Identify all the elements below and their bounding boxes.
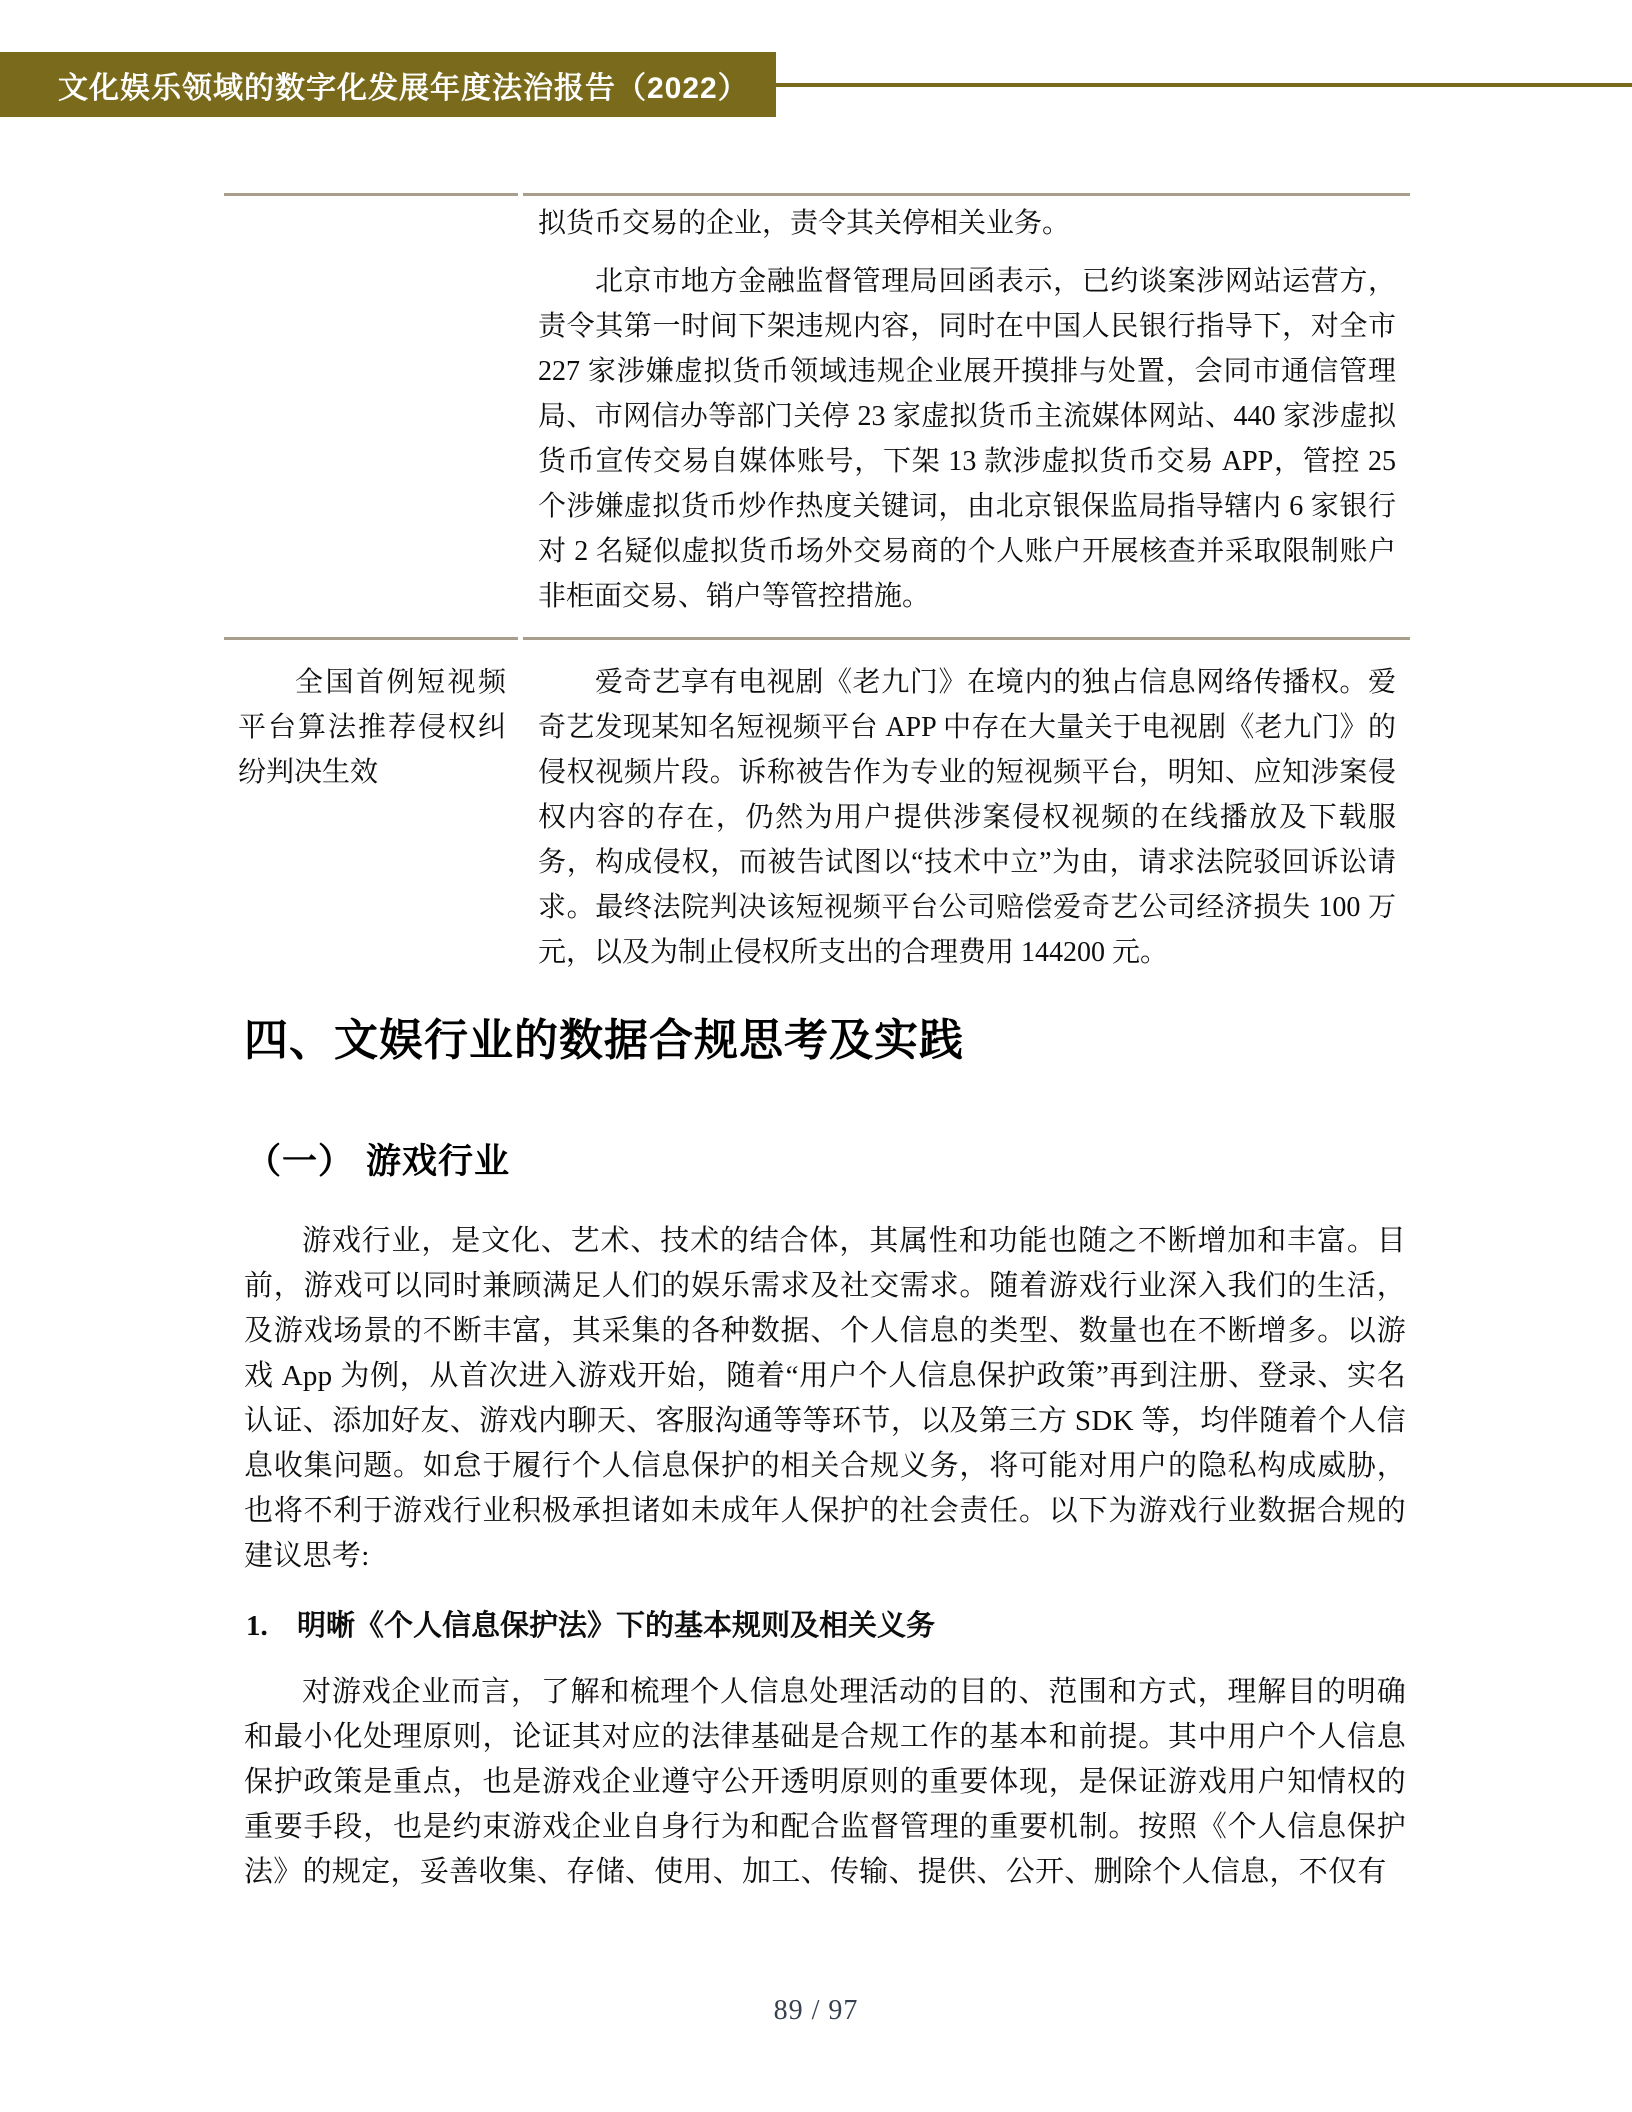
subsection-title: 游戏行业	[366, 1142, 510, 1181]
case-name-label: 全国首例短视频平台算法推荐侵权纠纷判决生效	[238, 660, 506, 795]
case-table: 拟货币交易的企业，责令其关停相关业务。 北京市地方金融监督管理局回函表示，已约谈…	[224, 193, 1410, 1001]
table-row: 拟货币交易的企业，责令其关停相关业务。 北京市地方金融监督管理局回函表示，已约谈…	[224, 193, 1410, 637]
case-description-cell: 拟货币交易的企业，责令其关停相关业务。 北京市地方金融监督管理局回函表示，已约谈…	[523, 193, 1410, 637]
case-description-cell: 爱奇艺享有电视剧《老九门》在境内的独占信息网络传播权。爱奇艺发现某知名短视频平台…	[523, 637, 1410, 1001]
header-rule-divider	[776, 83, 1632, 87]
body-paragraph: 对游戏企业而言，了解和梳理个人信息处理活动的目的、范围和方式，理解目的明确和最小…	[244, 1670, 1406, 1895]
item-number: 1.	[246, 1604, 297, 1649]
case-paragraph: 爱奇艺享有电视剧《老九门》在境内的独占信息网络传播权。爱奇艺发现某知名短视频平台…	[538, 660, 1396, 975]
report-title: 文化娱乐领域的数字化发展年度法治报告（2022）	[0, 63, 749, 107]
case-paragraph: 北京市地方金融监督管理局回函表示，已约谈案涉网站运营方，责令其第一时间下架违规内…	[538, 259, 1396, 619]
body-paragraph: 游戏行业，是文化、艺术、技术的结合体，其属性和功能也随之不断增加和丰富。目前，游…	[244, 1219, 1406, 1579]
table-row: 全国首例短视频平台算法推荐侵权纠纷判决生效 爱奇艺享有电视剧《老九门》在境内的独…	[224, 637, 1410, 1001]
numbered-item-heading: 1. 明晰《个人信息保护法》下的基本规则及相关义务	[246, 1604, 935, 1649]
subsection-number: （一）	[246, 1142, 354, 1181]
item-title: 明晰《个人信息保护法》下的基本规则及相关义务	[297, 1604, 935, 1649]
subsection-heading: （一）游戏行业	[246, 1134, 510, 1184]
header-bar: 文化娱乐领域的数字化发展年度法治报告（2022）	[0, 52, 776, 117]
case-paragraph: 拟货币交易的企业，责令其关停相关业务。	[538, 201, 1396, 246]
case-name-cell	[224, 193, 518, 637]
case-name-cell: 全国首例短视频平台算法推荐侵权纠纷判决生效	[224, 637, 518, 1001]
section-heading: 四、文娱行业的数据合规思考及实践	[244, 1004, 964, 1068]
page-number: 89 / 97	[0, 1995, 1632, 2027]
document-page: 文化娱乐领域的数字化发展年度法治报告（2022） 拟货币交易的企业，责令其关停相…	[0, 0, 1632, 2112]
